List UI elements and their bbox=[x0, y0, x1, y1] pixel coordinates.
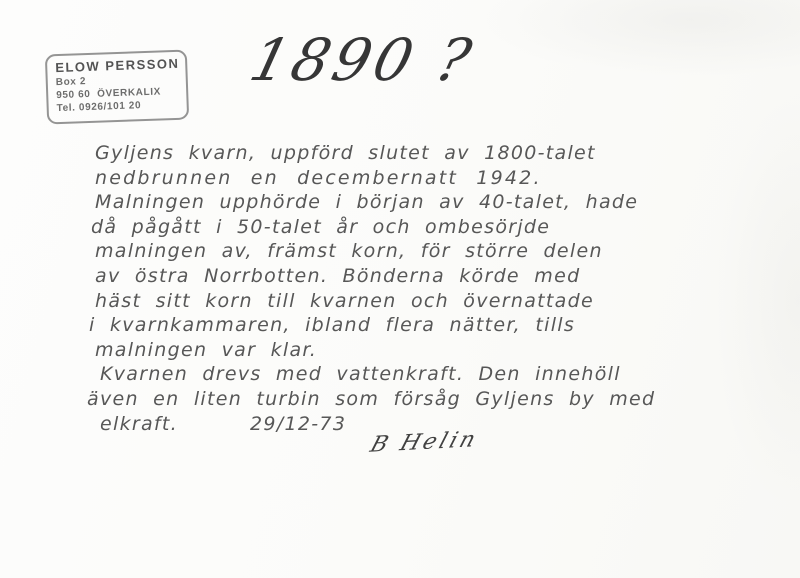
note-line: nedbrunnen en decembernatt 1942. bbox=[95, 166, 755, 191]
note-line: även en liten turbin som försåg Gyljens … bbox=[87, 387, 755, 412]
note-line: Kvarnen drevs med vattenkraft. Den inneh… bbox=[100, 362, 755, 387]
note-line: då pågått i 50-talet år och ombesörjde bbox=[91, 215, 755, 240]
stamp-phone: Tel. 0926/101 20 bbox=[57, 99, 187, 115]
handwritten-note: Gyljens kvarn, uppförd slutet av 1800-ta… bbox=[95, 141, 755, 436]
note-line: malningen var klar. bbox=[95, 338, 755, 363]
year-annotation: 1890 ? bbox=[244, 26, 482, 94]
note-line: Gyljens kvarn, uppförd slutet av 1800-ta… bbox=[95, 141, 755, 166]
note-line: av östra Norrbotten. Bönderna körde med bbox=[95, 264, 755, 289]
address-stamp: ELOW PERSSON Box 2 950 60 ÖVERKALIX Tel.… bbox=[45, 50, 189, 125]
note-line: häst sitt korn till kvarnen och övernatt… bbox=[95, 289, 755, 314]
signature: B Helin bbox=[367, 427, 481, 457]
note-closing-word: elkraft. bbox=[100, 412, 178, 437]
scanned-photo-back: ELOW PERSSON Box 2 950 60 ÖVERKALIX Tel.… bbox=[0, 0, 800, 578]
note-date: 29/12-73 bbox=[250, 412, 346, 437]
stamp-name: ELOW PERSSON bbox=[55, 56, 185, 76]
note-line: i kvarnkammaren, ibland flera nätter, ti… bbox=[89, 313, 755, 338]
note-line: Malningen upphörde i början av 40-talet,… bbox=[95, 190, 755, 215]
note-line: malningen av, främst korn, för större de… bbox=[95, 239, 755, 264]
